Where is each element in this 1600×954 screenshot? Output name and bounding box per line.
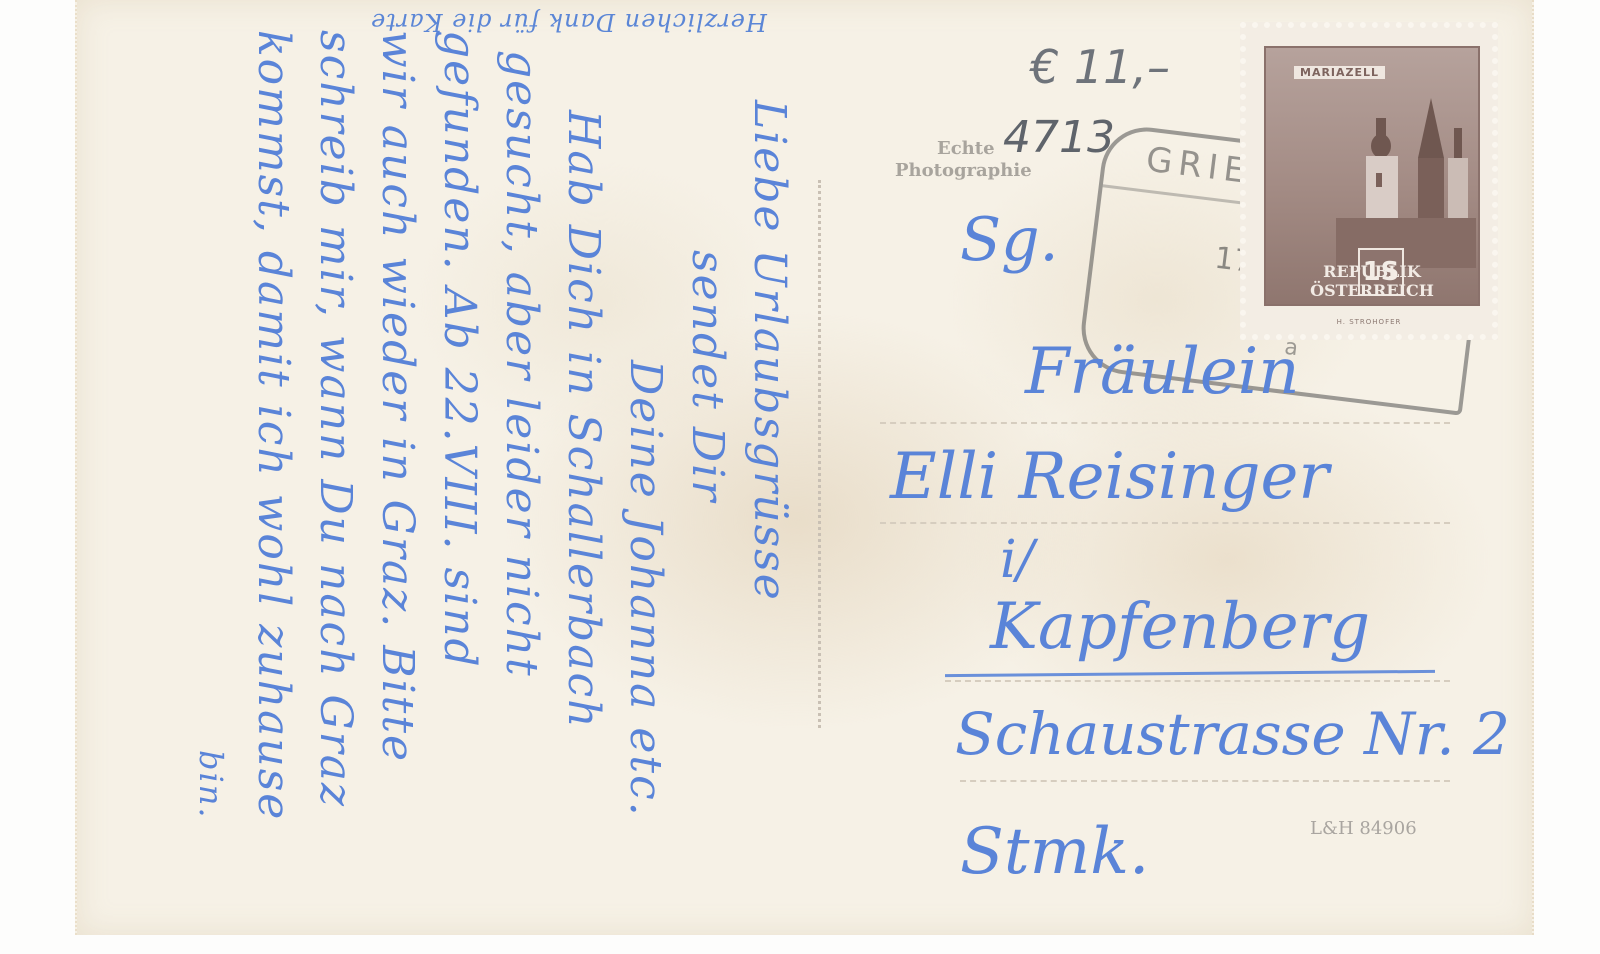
church-icon <box>1336 98 1476 268</box>
postage-stamp: MARIAZELL 1S REPUBLIK ÖSTERREICH H. STRO… <box>1240 22 1498 340</box>
letter-line: Liebe Urlaubsgrüsse <box>738 30 800 930</box>
letter-line: sendet Dir <box>676 30 738 930</box>
publisher-code: L&H 84906 <box>1310 818 1417 839</box>
printed-echte: Echte <box>937 138 995 159</box>
address-line <box>960 780 1450 782</box>
center-divider <box>818 180 821 728</box>
pencil-number: 4713 <box>1003 112 1115 163</box>
letter-line: schreib mir, wann Du nach Graz <box>304 30 366 930</box>
printed-photographie: Photographie <box>895 160 1032 181</box>
stamp-image: MARIAZELL 1S REPUBLIK ÖSTERREICH <box>1264 46 1480 306</box>
address-line <box>880 422 1450 424</box>
letter-line: Hab Dich in Schallerbach <box>552 30 614 930</box>
address-city: Kapfenberg <box>990 590 1370 664</box>
letter-line: Deine Johanna etc. <box>614 30 676 930</box>
address-title: Fräulein <box>1025 335 1299 409</box>
letter-signature: bin. <box>180 30 242 930</box>
letter-line: gefunden. Ab 22.VIII. sind <box>428 30 490 930</box>
address-line <box>945 680 1450 682</box>
address-prefix: i/ <box>1000 530 1034 590</box>
stamp-country: REPUBLIK ÖSTERREICH <box>1266 262 1478 300</box>
letter-line: wir auch wieder in Graz. Bitte <box>366 30 428 930</box>
handwritten-letter: Liebe Urlaubsgrüsse sendet Dir Deine Joh… <box>80 30 800 930</box>
address-region: Stmk. <box>960 815 1149 889</box>
stamp-engraver: H. STROHOFER <box>1246 318 1492 326</box>
address-street: Schaustrasse Nr. 2 <box>955 700 1510 768</box>
stamp-place: MARIAZELL <box>1294 66 1385 79</box>
pencil-price: € 11,– <box>1030 40 1170 94</box>
letter-line: gesucht, aber leider nicht <box>490 30 552 930</box>
letter-line: kommst, damit ich wohl zuhause <box>242 30 304 930</box>
address-name: Elli Reisinger <box>890 440 1329 514</box>
address-salutation: Sg. <box>960 205 1059 275</box>
address-line <box>880 522 1450 524</box>
